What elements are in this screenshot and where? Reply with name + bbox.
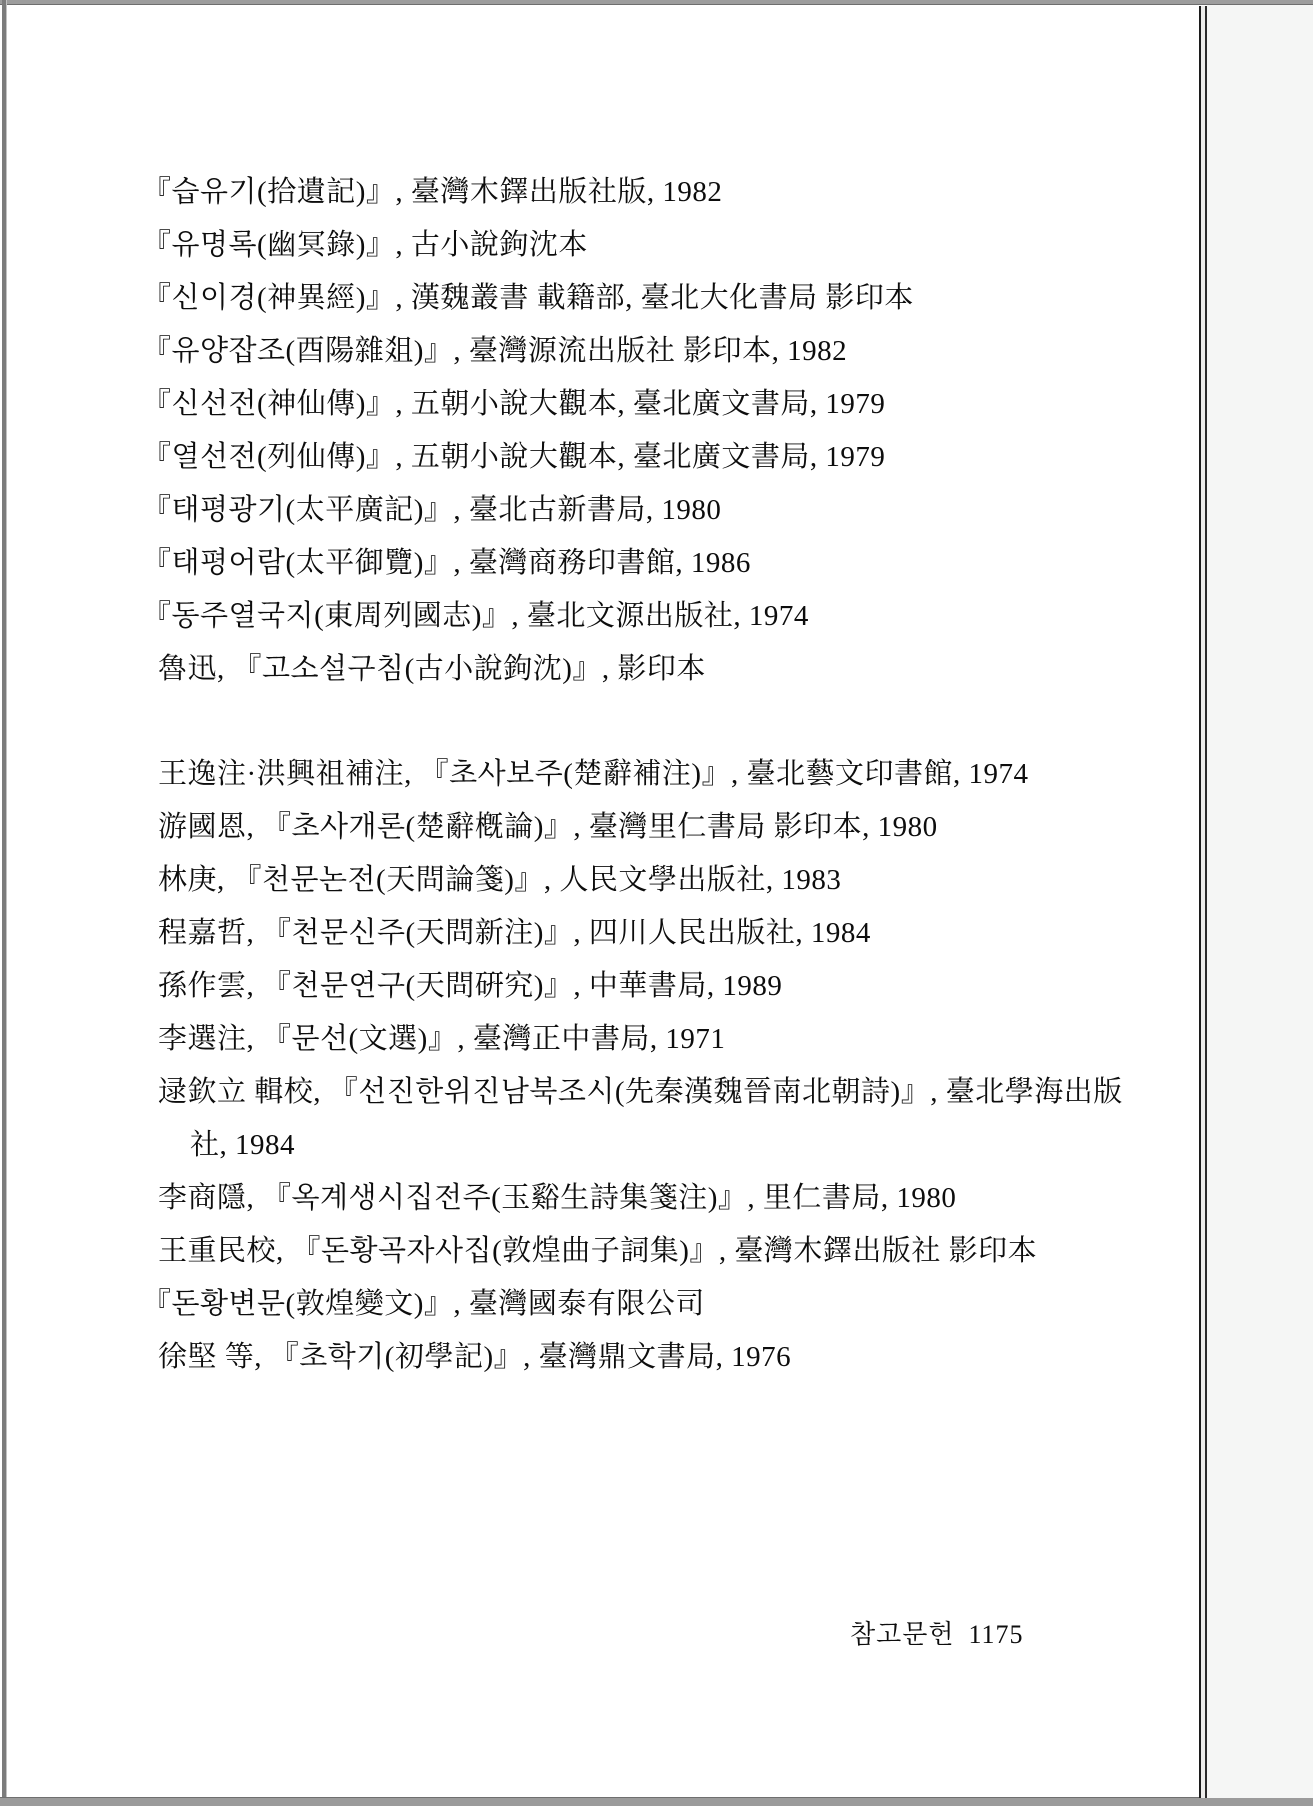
bib-entry: 逯欽立 輯校, 『선진한위진남북조시(先秦漢魏晉南北朝詩)』, 臺北學海出版 xyxy=(158,1066,1168,1119)
bib-entry: 魯迅, 『고소설구침(古小說鉤沈)』, 影印本 xyxy=(158,643,1168,696)
bib-entry: 『돈황변문(敦煌變文)』, 臺灣國泰有限公司 xyxy=(142,1278,1168,1331)
bib-entry: 王逸注·洪興祖補注, 『초사보주(楚辭補注)』, 臺北藝文印書館, 1974 xyxy=(158,748,1168,801)
bib-entry: 李選注, 『문선(文選)』, 臺灣正中書局, 1971 xyxy=(158,1013,1168,1066)
bibliography-list: 『습유기(拾遺記)』, 臺灣木鐸出版社版, 1982 『유명록(幽冥錄)』, 古… xyxy=(158,166,1168,1384)
bib-entry: 『열선전(列仙傳)』, 五朝小說大觀本, 臺北廣文書局, 1979 xyxy=(142,431,1168,484)
footer-page-number: 1175 xyxy=(968,1620,1023,1649)
bib-entry: 林庚, 『천문논전(天問論箋)』, 人民文學出版社, 1983 xyxy=(158,854,1168,907)
bib-entry-continuation: 社, 1984 xyxy=(158,1119,1168,1172)
scan-top-edge xyxy=(0,0,1313,5)
scan-left-edge xyxy=(2,0,7,1806)
bib-entry: 『태평어람(太平御覽)』, 臺灣商務印書館, 1986 xyxy=(142,537,1168,590)
footer-section-label: 참고문헌 xyxy=(850,1620,954,1649)
page-right-edge-line xyxy=(1199,6,1207,1798)
bib-entry: 徐堅 等, 『초학기(初學記)』, 臺灣鼎文書局, 1976 xyxy=(158,1331,1168,1384)
bibliography-group-titles: 『습유기(拾遺記)』, 臺灣木鐸出版社版, 1982 『유명록(幽冥錄)』, 古… xyxy=(158,166,1168,696)
bib-entry: 游國恩, 『초사개론(楚辭槪論)』, 臺灣里仁書局 影印本, 1980 xyxy=(158,801,1168,854)
bib-entry: 『태평광기(太平廣記)』, 臺北古新書局, 1980 xyxy=(142,484,1168,537)
bib-entry: 『유양잡조(酉陽雜爼)』, 臺灣源流出版社 影印本, 1982 xyxy=(142,325,1168,378)
bib-entry: 李商隱, 『옥계생시집전주(玉谿生詩集箋注)』, 里仁書局, 1980 xyxy=(158,1172,1168,1225)
bib-entry: 程嘉哲, 『천문신주(天問新注)』, 四川人民出版社, 1984 xyxy=(158,907,1168,960)
scan-right-gutter xyxy=(1207,5,1313,1798)
page-footer: 참고문헌1175 xyxy=(850,1618,1024,1652)
scanned-book-page: 『습유기(拾遺記)』, 臺灣木鐸出版社版, 1982 『유명록(幽冥錄)』, 古… xyxy=(0,0,1313,1806)
bib-entry: 『신이경(神異經)』, 漢魏叢書 載籍部, 臺北大化書局 影印本 xyxy=(142,272,1168,325)
scan-bottom-edge xyxy=(0,1797,1313,1806)
bib-entry: 『동주열국지(東周列國志)』, 臺北文源出版社, 1974 xyxy=(142,590,1168,643)
bib-entry: 孫作雲, 『천문연구(天問硏究)』, 中華書局, 1989 xyxy=(158,960,1168,1013)
bib-entry: 『유명록(幽冥錄)』, 古小說鉤沈本 xyxy=(142,219,1168,272)
bib-entry: 王重民校, 『돈황곡자사집(敦煌曲子詞集)』, 臺灣木鐸出版社 影印本 xyxy=(158,1225,1168,1278)
bibliography-group-authors: 王逸注·洪興祖補注, 『초사보주(楚辭補注)』, 臺北藝文印書館, 1974 游… xyxy=(158,748,1168,1384)
bib-entry: 『습유기(拾遺記)』, 臺灣木鐸出版社版, 1982 xyxy=(142,166,1168,219)
bib-entry: 『신선전(神仙傳)』, 五朝小說大觀本, 臺北廣文書局, 1979 xyxy=(142,378,1168,431)
